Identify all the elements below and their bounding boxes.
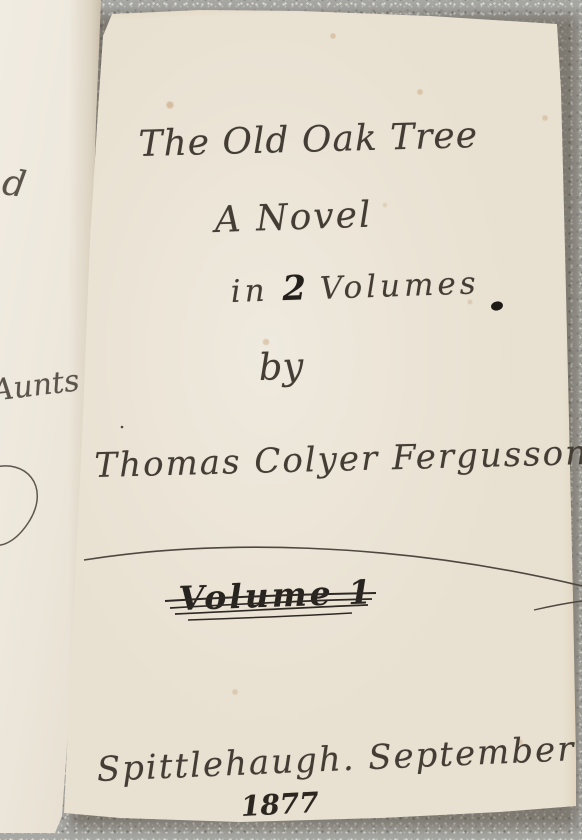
handwritten-byline: by bbox=[258, 344, 304, 389]
volume-statement-prefix: in bbox=[230, 272, 283, 310]
photo-of-open-book: d Aunts The Old Oak Tree A Novel in 2 Vo… bbox=[0, 0, 582, 840]
handwritten-year: 1877 bbox=[240, 786, 320, 823]
handwritten-subtitle: A Novel bbox=[214, 194, 373, 240]
left-page-text-fragment-top: d bbox=[0, 162, 29, 206]
handwritten-volume-label-struck-out: Volume 1 bbox=[178, 572, 375, 618]
volume-statement-suffix: Volumes bbox=[305, 265, 480, 307]
volume-statement-number: 2 bbox=[282, 268, 307, 309]
left-page-text-fragment-aunts: Aunts bbox=[0, 363, 81, 408]
